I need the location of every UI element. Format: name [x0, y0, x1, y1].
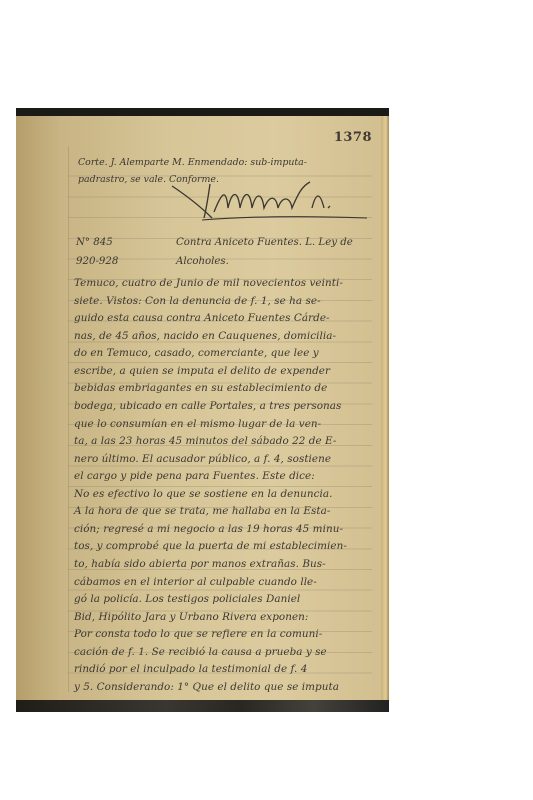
margin-note-line-1: Corte. J. Alemparte M. Enmendado: sub-im… [78, 158, 307, 167]
body-line: escribe, a quien se imputa el delito de … [74, 366, 330, 376]
body-line: No es efectivo lo que se sostiene en la … [74, 489, 332, 499]
signature [162, 178, 372, 222]
body-line: do en Temuco, casado, comerciante, que l… [74, 348, 319, 358]
body-line: nas, de 45 años, nacido en Cauquenes, do… [74, 331, 336, 341]
body-line: tos, y comprobé que la puerta de mi esta… [74, 541, 347, 551]
body-line: nero último. El acusador público, a f. 4… [74, 454, 331, 464]
scanned-ledger-page: 1378 Corte. J. Alemparte M. Enmendado: s… [16, 108, 389, 712]
case-title-line-1: Contra Aniceto Fuentes. L. Ley de [176, 238, 353, 248]
body-line: Bid, Hipólito Jara y Urbano Rivera expon… [74, 612, 308, 622]
folio-number: 1378 [334, 130, 372, 145]
body-line: bebidas embriagantes en su establecimien… [74, 383, 327, 393]
case-title-line-2: Alcoholes. [176, 257, 229, 267]
body-line: Temuco, cuatro de Junio de mil novecient… [74, 278, 343, 288]
body-line: A la hora de que se trata, me hallaba en… [74, 506, 330, 516]
body-line: cábamos en el interior al culpable cuand… [74, 577, 317, 587]
body-line: gó la policía. Los testigos policiales D… [74, 594, 300, 604]
body-line: ta, a las 23 horas 45 minutos del sábado… [74, 436, 336, 446]
paper-sheet: 1378 Corte. J. Alemparte M. Enmendado: s… [16, 116, 386, 700]
case-number: N° 845 [76, 238, 113, 248]
body-line: cación de f. 1. Se recibió la causa a pr… [74, 647, 327, 657]
body-line: to, había sido abierta por manos extraña… [74, 559, 326, 569]
body-line: bodega, ubicado en calle Portales, a tre… [74, 401, 341, 411]
body-line: ción; regresé a mi negocio a las 19 hora… [74, 524, 343, 534]
binding-shadow [16, 700, 389, 712]
body-line: Por consta todo lo que se refiere en la … [74, 629, 322, 639]
body-line: guido esta causa contra Aniceto Fuentes … [74, 313, 330, 323]
case-pages: 920-928 [76, 257, 118, 267]
body-line: el cargo y pide pena para Fuentes. Este … [74, 471, 315, 481]
body-line: que lo consumían en el mismo lugar de la… [74, 419, 321, 429]
page-edge [381, 116, 389, 700]
body-line: y 5. Considerando: 1° Que el delito que … [74, 682, 339, 692]
body-line: rindió por el inculpado la testimonial d… [74, 664, 307, 674]
body-line: siete. Vistos: Con la denuncia de f. 1, … [74, 296, 321, 306]
